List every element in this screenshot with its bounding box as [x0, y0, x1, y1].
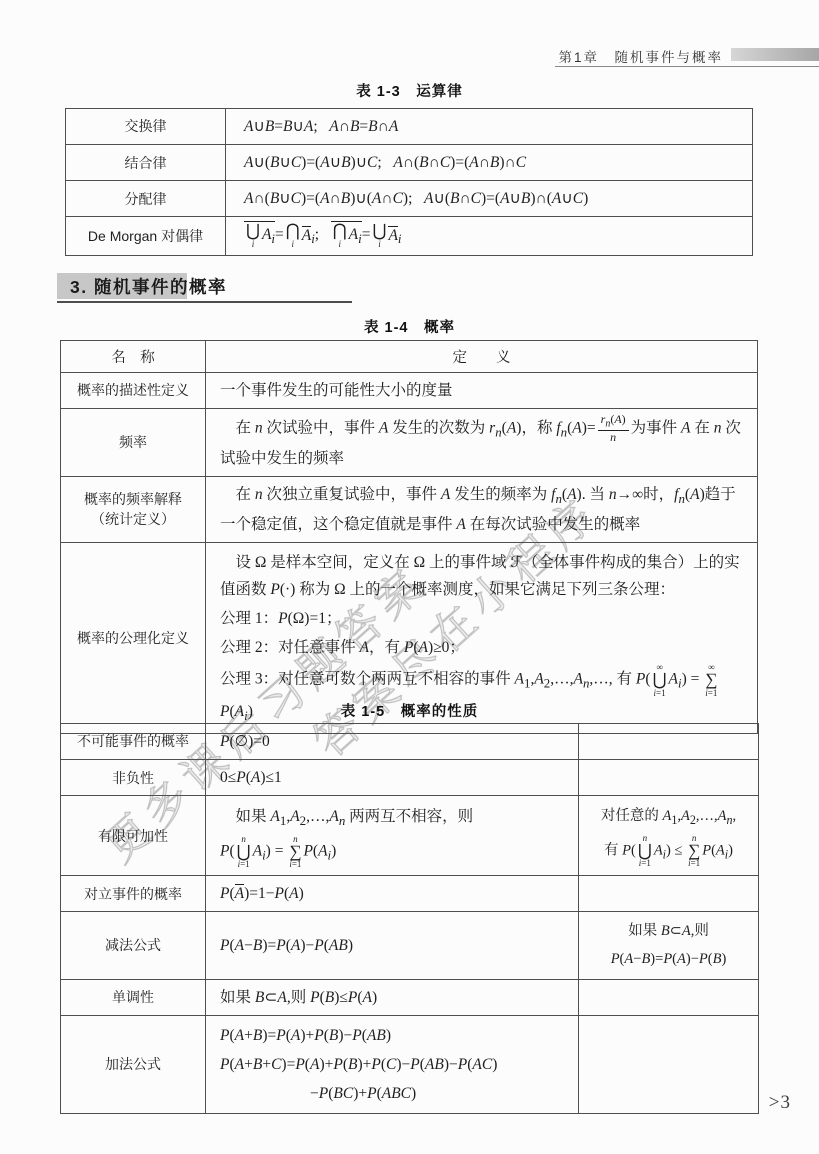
row-label-cell: 减法公式: [61, 912, 206, 979]
row-definition-cell: 在 n 次独立重复试验中，事件 A 发生的频率为 fn(A). 当 n→∞时，f…: [206, 476, 758, 542]
row-definition-cell: 在 n 次试验中，事件 A 发生的次数为 rn(A)，称 fn(A)=rn(A)…: [206, 409, 758, 477]
table-row: 加法公式 P(A+B)=P(A)+P(B)−P(AB)P(A+B+C)=P(A)…: [61, 1015, 759, 1113]
section-heading: 3. 随机事件的概率: [57, 272, 357, 304]
table-row: 交换律 A∪B=B∪A; A∩B=B∩A: [66, 109, 753, 145]
row-note-cell: [579, 760, 759, 796]
table-row: 不可能事件的概率 P(∅)=0: [61, 724, 759, 760]
row-formula-cell: P(A)=1−P(A): [206, 876, 579, 912]
column-header-name: 名 称: [61, 341, 206, 373]
row-formula-cell: 如果 B⊂A,则 P(B)≤P(A): [206, 979, 579, 1015]
table-row: 结合律 A∪(B∪C)=(A∪B)∪C; A∩(B∩C)=(A∩B)∩C: [66, 145, 753, 181]
table-row: 频率 在 n 次试验中，事件 A 发生的次数为 rn(A)，称 fn(A)=rn…: [61, 409, 758, 477]
row-formula-cell: A∪B=B∪A; A∩B=B∩A: [226, 109, 753, 145]
row-formula-cell: P(A−B)=P(A)−P(AB): [206, 912, 579, 979]
row-label-cell: 概率的频率解释（统计定义）: [61, 476, 206, 542]
table-row: De Morgan 对偶律 ⋃iAi=⋂iAi; ⋂iAi=⋃iAi: [66, 217, 753, 256]
table-row: 减法公式 P(A−B)=P(A)−P(AB) 如果 B⊂A,则P(A−B)=P(…: [61, 912, 759, 979]
probability-definitions-table: 名 称 定 义 概率的描述性定义 一个事件发生的可能性大小的度量 频率 在 n …: [60, 340, 758, 734]
book-page: 第1章 随机事件与概率 更多课后习题答案 答案尽在小程序 表 1-3 运算律 交…: [0, 0, 819, 1154]
row-note-cell: [579, 1015, 759, 1113]
row-label-cell: 对立事件的概率: [61, 876, 206, 912]
row-label-cell: 分配律: [66, 181, 226, 217]
heading-underline: [57, 301, 352, 303]
row-formula-cell: A∩(B∪C)=(A∩B)∪(A∩C); A∪(B∩C)=(A∪B)∩(A∪C): [226, 181, 753, 217]
row-label-cell: 频率: [61, 409, 206, 477]
row-label-cell: 交换律: [66, 109, 226, 145]
header-rule: [555, 66, 819, 67]
row-label-cell: 结合律: [66, 145, 226, 181]
chapter-header: 第1章 随机事件与概率: [558, 46, 723, 66]
row-label-cell: 概率的描述性定义: [61, 373, 206, 409]
table-header-row: 名 称 定 义: [61, 341, 758, 373]
row-note-cell: 如果 B⊂A,则P(A−B)=P(A)−P(B): [579, 912, 759, 979]
row-formula-cell: P(A+B)=P(A)+P(B)−P(AB)P(A+B+C)=P(A)+P(B)…: [206, 1015, 579, 1113]
table-row: 有限可加性 如果 A1,A2,…,An 两两互不相容，则P(n⋃i=1Ai) =…: [61, 796, 759, 876]
probability-properties-table: 不可能事件的概率 P(∅)=0 非负性 0≤P(A)≤1 有限可加性 如果 A1…: [60, 723, 759, 1114]
row-note-cell: 对任意的 A1,A2,…,An,有 P(n⋃i=1Ai) ≤ n∑i=1P(Ai…: [579, 796, 759, 876]
row-formula-cell: 0≤P(A)≤1: [206, 760, 579, 796]
row-label-cell: 单调性: [61, 979, 206, 1015]
row-formula-cell: 如果 A1,A2,…,An 两两互不相容，则P(n⋃i=1Ai) = n∑i=1…: [206, 796, 579, 876]
table-row: 分配律 A∩(B∪C)=(A∩B)∪(A∩C); A∪(B∩C)=(A∪B)∩(…: [66, 181, 753, 217]
row-definition-cell: 一个事件发生的可能性大小的度量: [206, 373, 758, 409]
section-title: 3. 随机事件的概率: [70, 274, 227, 299]
table-row: 单调性 如果 B⊂A,则 P(B)≤P(A): [61, 979, 759, 1015]
table-row: 对立事件的概率 P(A)=1−P(A): [61, 876, 759, 912]
row-label-cell: 有限可加性: [61, 796, 206, 876]
table-1-3-caption: 表 1-3 运算律: [0, 80, 819, 101]
row-note-cell: [579, 979, 759, 1015]
table-1-5-caption: 表 1-5 概率的性质: [0, 700, 819, 721]
row-label-cell: 加法公式: [61, 1015, 206, 1113]
table-row: 概率的频率解释（统计定义） 在 n 次独立重复试验中，事件 A 发生的频率为 f…: [61, 476, 758, 542]
row-label-cell: 非负性: [61, 760, 206, 796]
operation-laws-table: 交换律 A∪B=B∪A; A∩B=B∩A 结合律 A∪(B∪C)=(A∪B)∪C…: [65, 108, 753, 256]
row-formula-cell: P(∅)=0: [206, 724, 579, 760]
table-1-4-caption: 表 1-4 概率: [0, 316, 819, 337]
table-row: 概率的描述性定义 一个事件发生的可能性大小的度量: [61, 373, 758, 409]
row-label-cell: De Morgan 对偶律: [66, 217, 226, 256]
header-decoration-bar: [731, 48, 819, 61]
row-note-cell: [579, 724, 759, 760]
row-formula-cell: ⋃iAi=⋂iAi; ⋂iAi=⋃iAi: [226, 217, 753, 256]
row-note-cell: [579, 876, 759, 912]
table-row: 非负性 0≤P(A)≤1: [61, 760, 759, 796]
row-label-cell: 不可能事件的概率: [61, 724, 206, 760]
page-number: >3: [769, 1092, 791, 1114]
column-header-definition: 定 义: [206, 341, 758, 373]
row-formula-cell: A∪(B∪C)=(A∪B)∪C; A∩(B∩C)=(A∩B)∩C: [226, 145, 753, 181]
